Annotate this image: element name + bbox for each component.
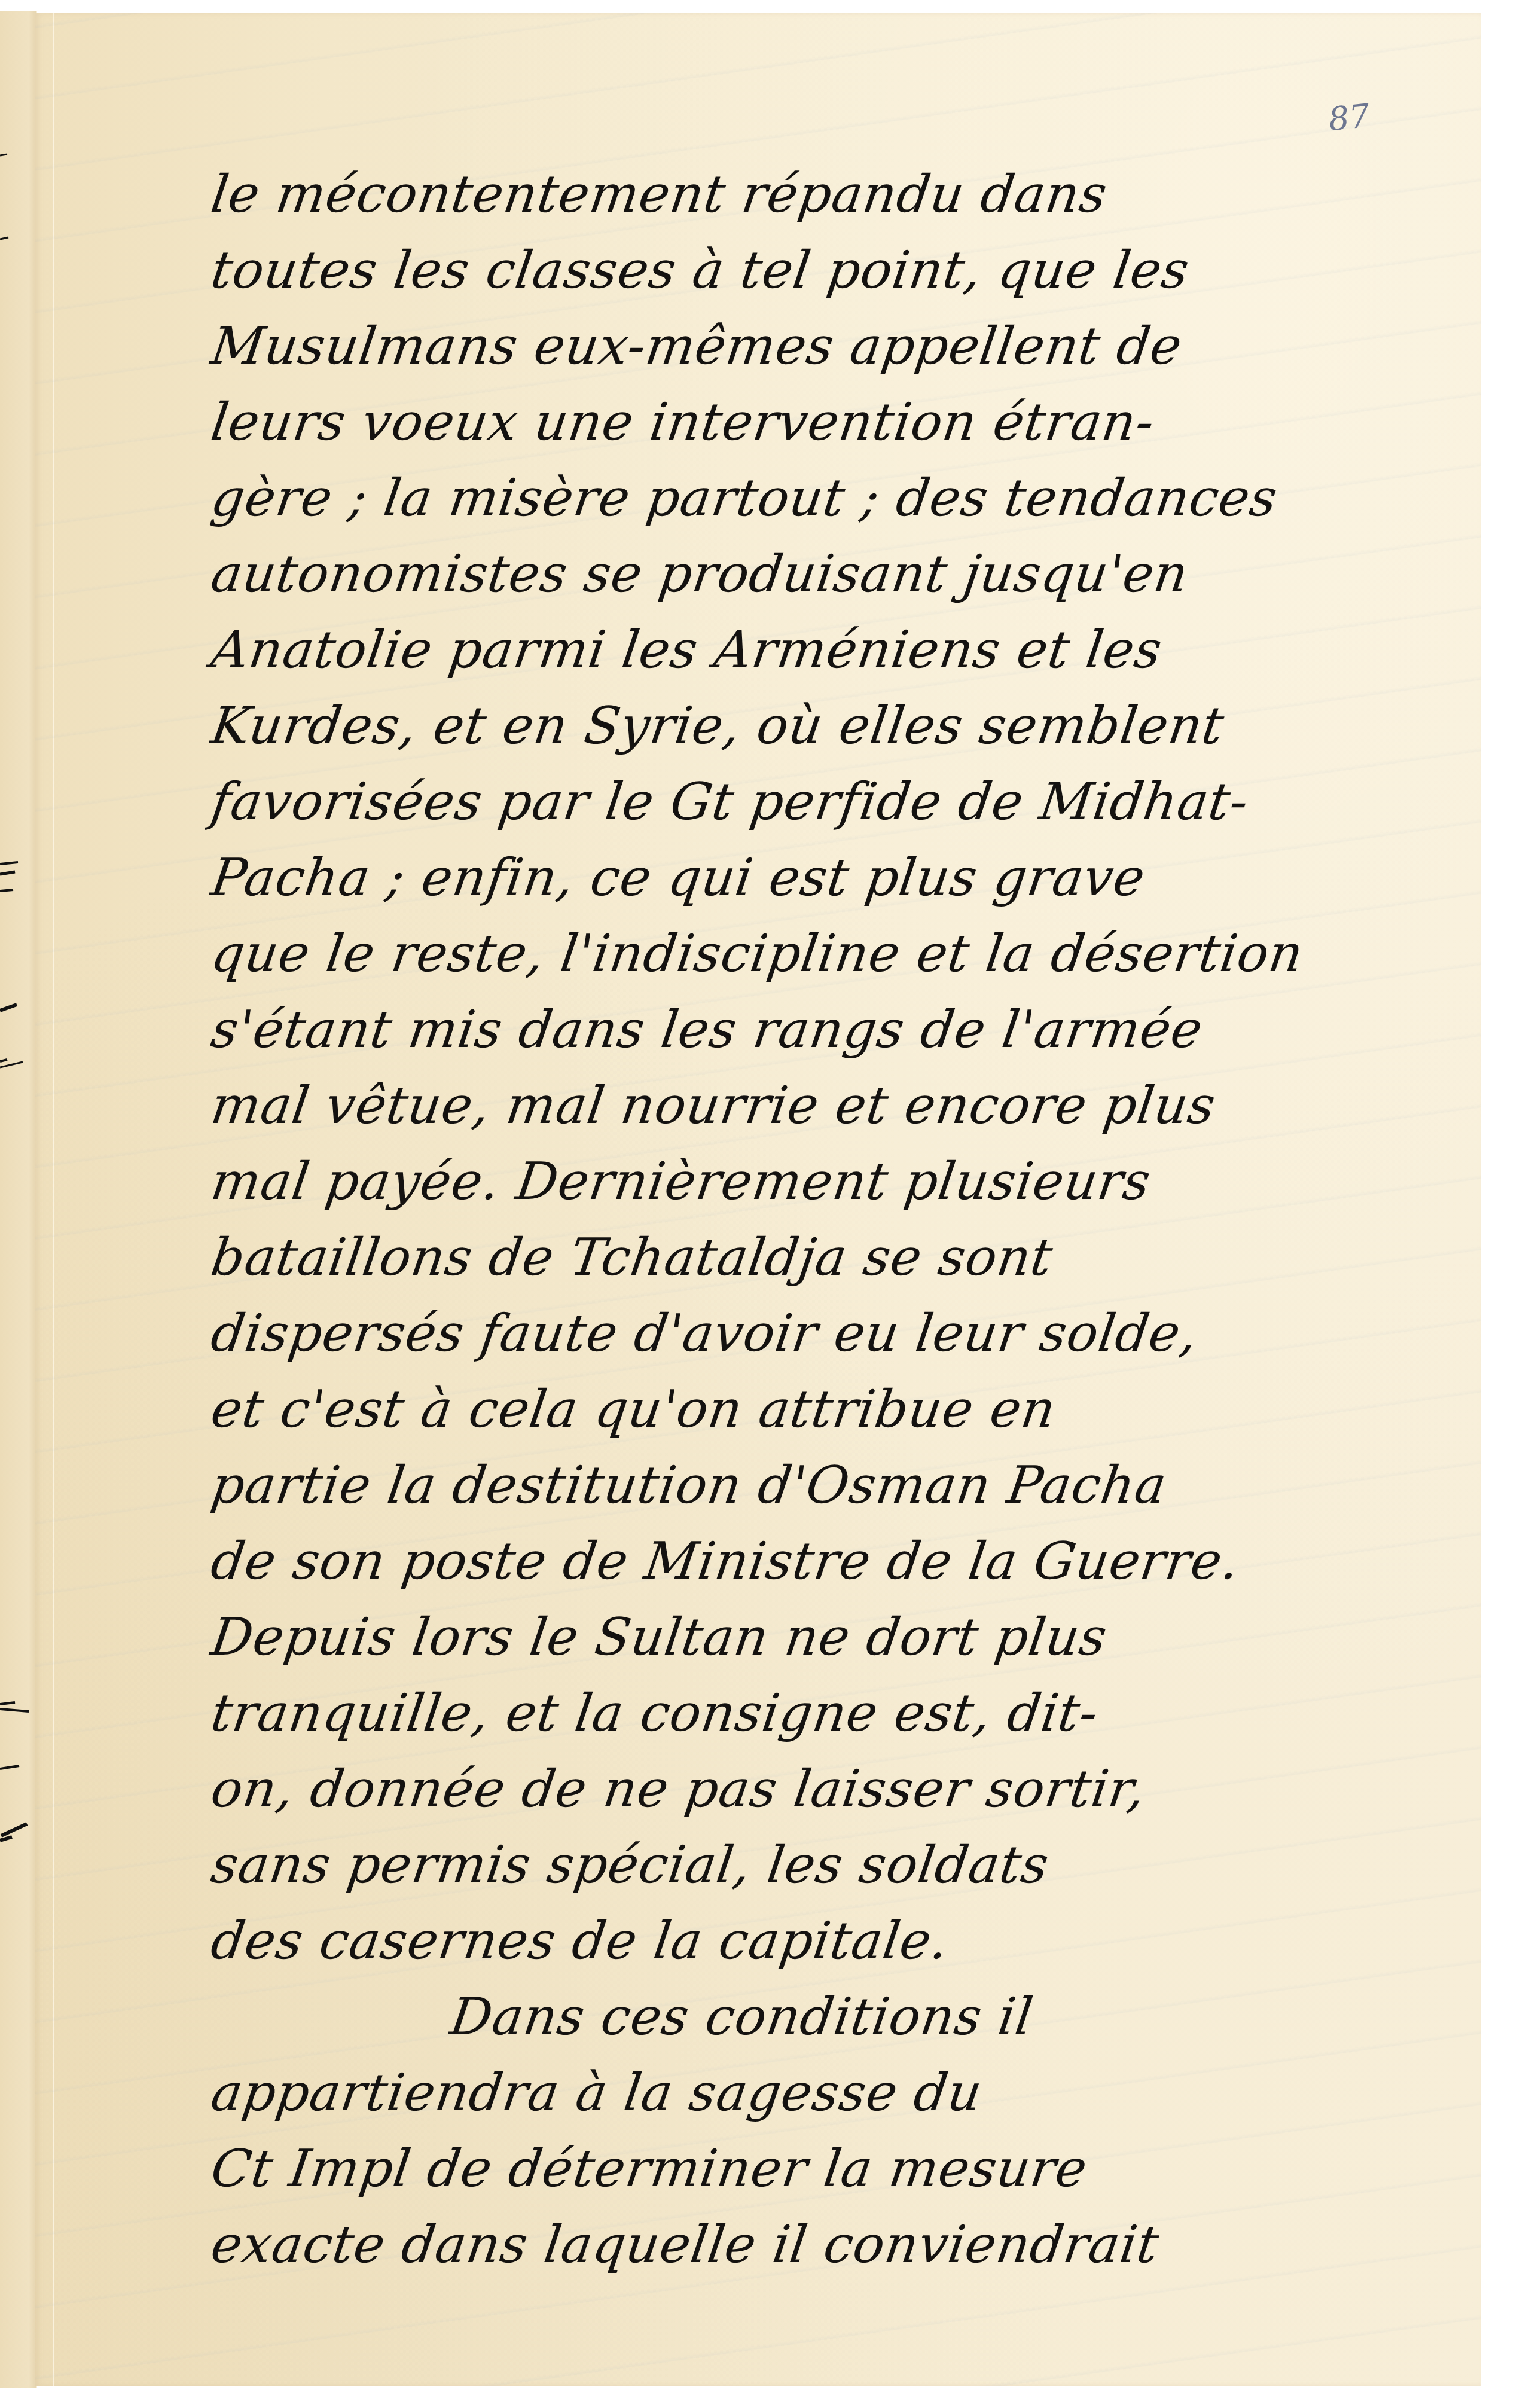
manuscript-line: sans permis spécial, les soldats [206,1827,1485,1903]
manuscript-line: Kurdes, et en Syrie, où elles semblent [206,688,1485,764]
adjacent-page-ink-strokes [0,0,36,2408]
manuscript-line: gère ; la misère partout ; des tendances [206,460,1485,536]
manuscript-line: autonomistes se produisant jusqu'en [206,536,1485,612]
manuscript-line: exacte dans laquelle il conviendrait [206,2207,1485,2283]
manuscript-line: partie la destitution d'Osman Pacha [206,1448,1485,1524]
manuscript-line: le mécontentement répandu dans [206,157,1485,233]
manuscript-line: Anatolie parmi les Arméniens et les [206,612,1485,688]
page-number: 87 [1327,97,1372,139]
page-fold [53,13,54,2386]
manuscript-line: mal payée. Dernièrement plusieurs [206,1144,1485,1220]
manuscript-line: on, donnée de ne pas laisser sortir, [206,1751,1485,1827]
manuscript-line: appartiendra à la sagesse du [206,2055,1485,2131]
manuscript-line: favorisées par le Gt perfide de Midhat- [206,764,1485,840]
handwritten-text-block: le mécontentement répandu danstoutes les… [206,157,1474,2283]
manuscript-line: Ct Impl de déterminer la mesure [206,2131,1485,2207]
manuscript-line: bataillons de Tchataldja se sont [206,1220,1485,1296]
manuscript-line: Pacha ; enfin, ce qui est plus grave [206,840,1485,916]
manuscript-line: tranquille, et la consigne est, dit- [206,1675,1485,1751]
manuscript-line: Depuis lors le Sultan ne dort plus [206,1600,1485,1675]
manuscript-line: dispersés faute d'avoir eu leur solde, [206,1296,1485,1372]
manuscript-line: que le reste, l'indiscipline et la déser… [206,916,1485,992]
manuscript-line: leurs voeux une intervention étran- [206,384,1485,460]
manuscript-line: et c'est à cela qu'on attribue en [206,1372,1485,1448]
manuscript-line: Musulmans eux-mêmes appellent de [206,309,1485,384]
manuscript-line: de son poste de Ministre de la Guerre. [206,1524,1485,1600]
manuscript-line: mal vêtue, mal nourrie et encore plus [206,1068,1485,1144]
manuscript-line: s'étant mis dans les rangs de l'armée [206,992,1485,1068]
manuscript-line: Dans ces conditions il [206,1979,1485,2055]
manuscript-line: des casernes de la capitale. [206,1903,1485,1979]
manuscript-line: toutes les classes à tel point, que les [206,233,1485,309]
